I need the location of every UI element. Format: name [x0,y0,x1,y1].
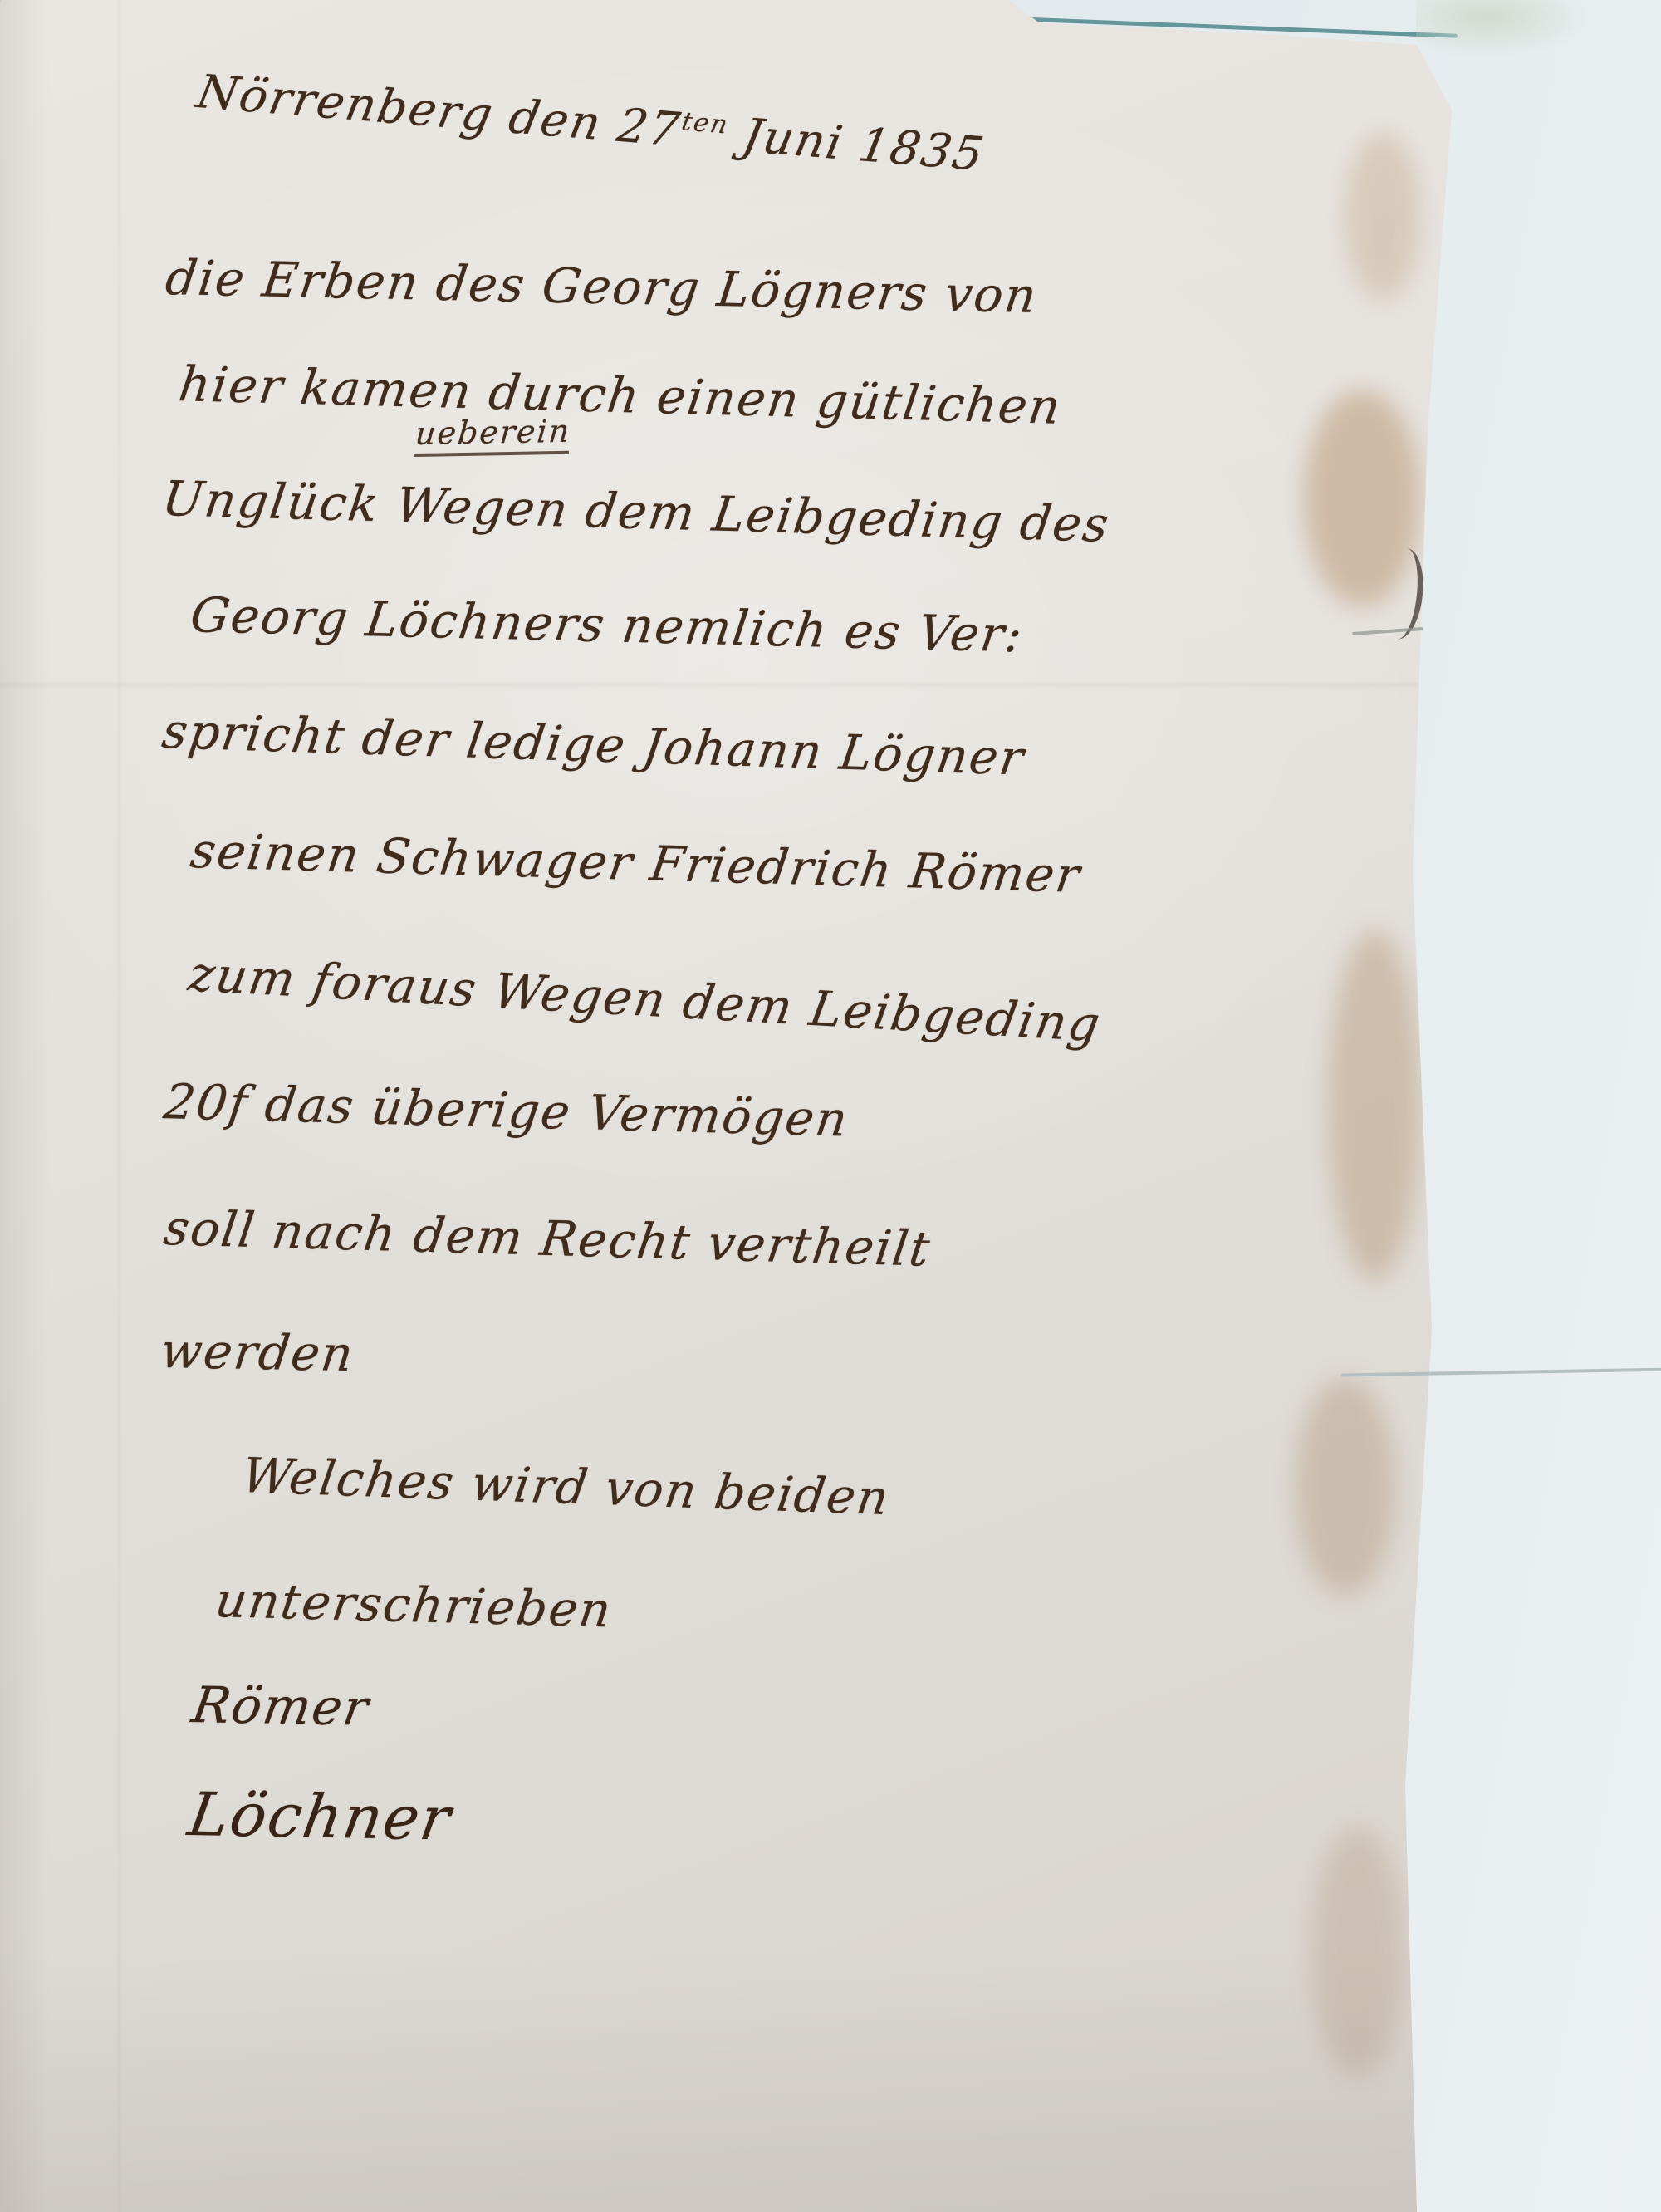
edge-stain [1345,133,1420,299]
dateline-place-and-day: Nörrenberg den 27 [193,65,685,157]
background-corner-tint [1416,0,1590,58]
dateline-month-year: Juni 1835 [722,108,989,182]
signature-loechner: Löchner [184,1779,456,1853]
closing-line: Welches wird von beiden [238,1447,894,1526]
edge-stain [1329,930,1420,1279]
interlinear-insertion: ueberein [414,413,572,457]
edge-stain [1312,1827,1404,2077]
manuscript-line: zum foraus Wegen dem Leibgeding [185,945,1105,1052]
manuscript-line: werden [158,1322,358,1382]
ordinal-suffix: ten [679,106,732,140]
manuscript-line: soll nach dem Recht vertheilt [160,1199,934,1278]
dateline: Nörrenberg den 27ten Juni 1835 [193,65,989,181]
edge-stain [1296,1379,1395,1595]
signature-roemer: Römer [188,1676,373,1738]
manuscript-line: seinen Schwager Friedrich Römer [187,822,1084,904]
manuscript-line: die Erben des Georg Lögners von [163,249,1041,324]
manuscript-line: spricht der ledige Johann Lögner [159,703,1028,786]
manuscript-line: Georg Löchners nemlich es Ver: [188,586,1027,663]
manuscript-line: Unglück Wegen dem Leibgeding des [159,470,1113,553]
closing-line: unterschrieben [213,1572,616,1638]
manuscript-line: hier kamen durch einen gütlichen [176,356,1066,435]
manuscript-page: Nörrenberg den 27ten Juni 1835 die Erben… [0,0,1661,2212]
manuscript-line: 20f das überige Vermögen [161,1073,853,1147]
